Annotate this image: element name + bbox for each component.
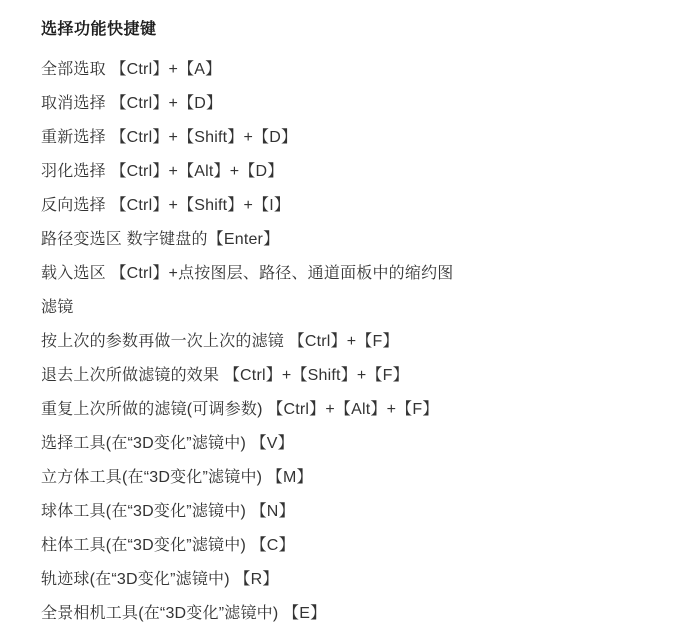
shortcut-line-inverse: 反向选择 【Ctrl】+【Shift】+【I】 [41,195,676,217]
shortcut-line-select-all: 全部选取 【Ctrl】+【A】 [41,59,676,81]
shortcut-line-deselect: 取消选择 【Ctrl】+【D】 [41,93,676,115]
shortcut-line-3d-cube-tool: 立方体工具(在“3D变化”滤镜中) 【M】 [41,467,676,489]
shortcut-line-3d-cylinder-tool: 柱体工具(在“3D变化”滤镜中) 【C】 [41,535,676,557]
section-title-filters: 滤镜 [41,297,676,319]
shortcut-line-filter-with-dialog: 重复上次所做的滤镜(可调参数) 【Ctrl】+【Alt】+【F】 [41,399,676,421]
shortcut-line-3d-pan-camera-tool: 全景相机工具(在“3D变化”滤镜中) 【E】 [41,603,676,624]
shortcut-reference-page: 选择功能快捷键 全部选取 【Ctrl】+【A】 取消选择 【Ctrl】+【D】 … [0,0,696,624]
shortcut-line-fade-filter: 退去上次所做滤镜的效果 【Ctrl】+【Shift】+【F】 [41,365,676,387]
section-title-selection-shortcuts: 选择功能快捷键 [41,19,676,41]
shortcut-line-reselect: 重新选择 【Ctrl】+【Shift】+【D】 [41,127,676,149]
shortcut-line-3d-select-tool: 选择工具(在“3D变化”滤镜中) 【V】 [41,433,676,455]
shortcut-line-feather: 羽化选择 【Ctrl】+【Alt】+【D】 [41,161,676,183]
shortcut-line-path-to-selection: 路径变选区 数字键盘的【Enter】 [41,229,676,251]
shortcut-line-3d-trackball: 轨迹球(在“3D变化”滤镜中) 【R】 [41,569,676,591]
shortcut-line-load-selection: 载入选区 【Ctrl】+点按图层、路径、通道面板中的缩约图 [41,263,676,285]
shortcut-line-3d-sphere-tool: 球体工具(在“3D变化”滤镜中) 【N】 [41,501,676,523]
shortcut-line-repeat-last-filter: 按上次的参数再做一次上次的滤镜 【Ctrl】+【F】 [41,331,676,353]
